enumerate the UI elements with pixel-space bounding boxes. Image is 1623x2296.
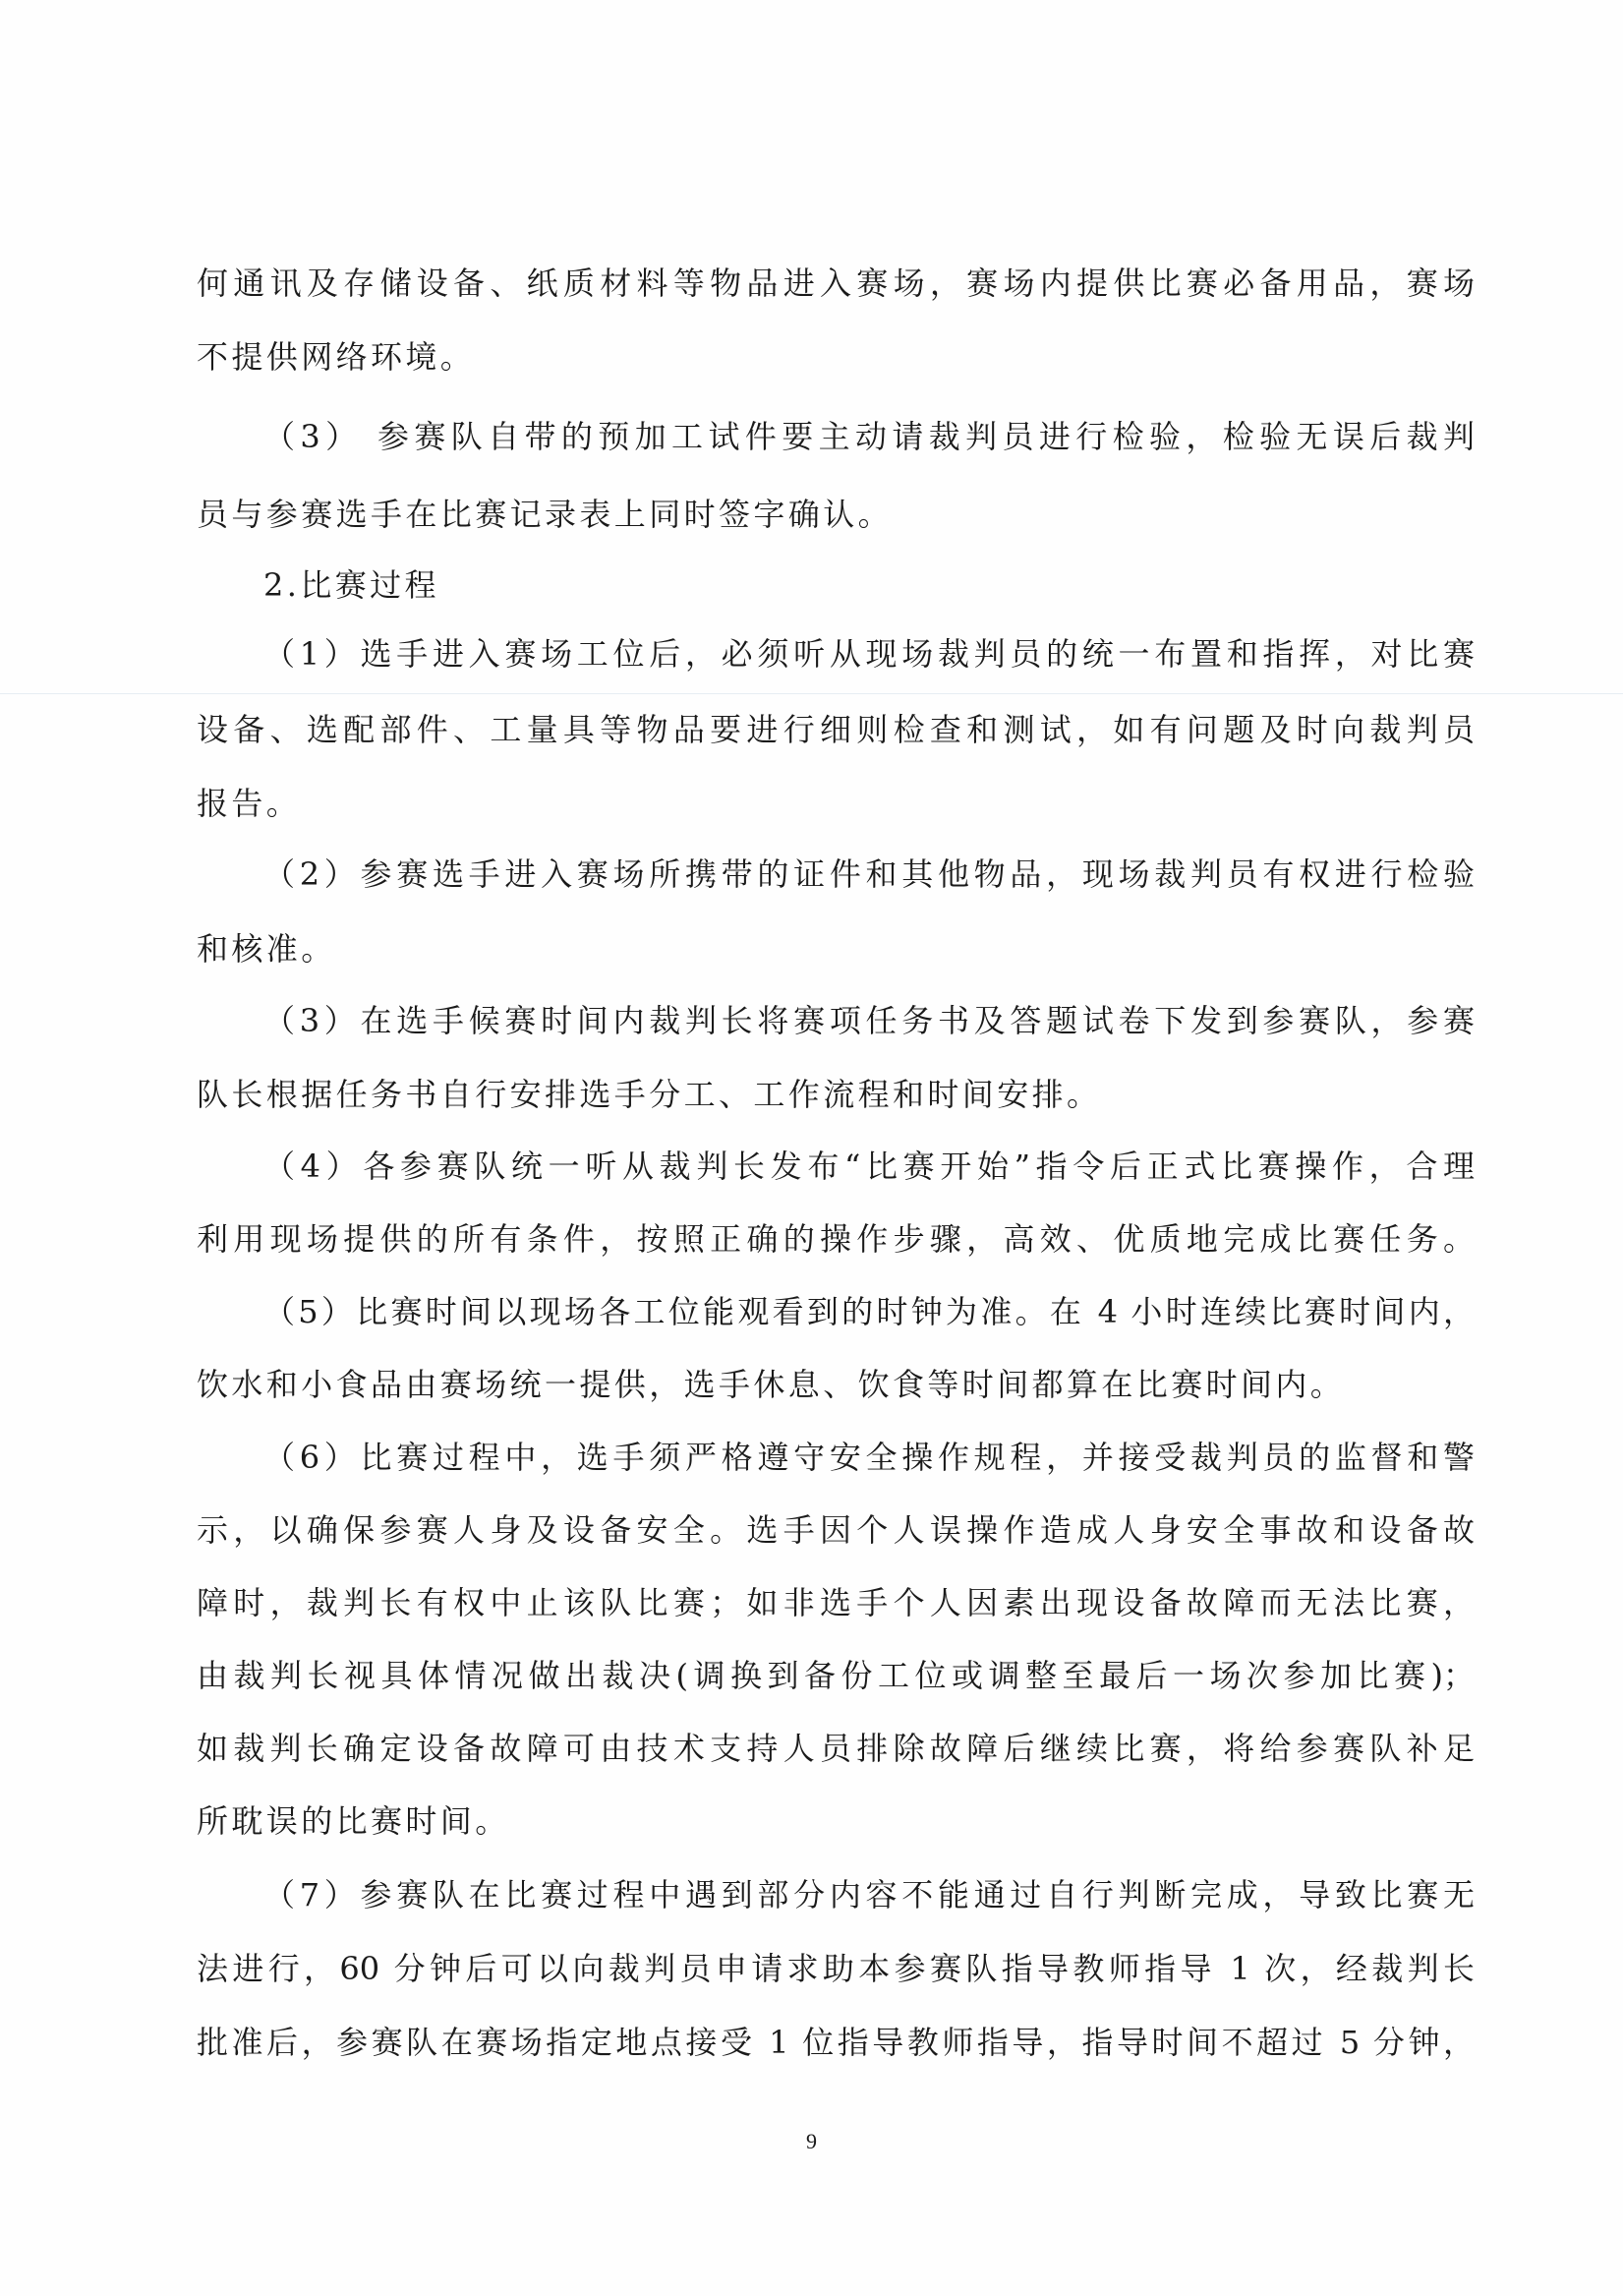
text-line: 员与参赛选手在比赛记录表上同时签字确认。 — [197, 495, 1475, 534]
scan-artifact-line — [0, 693, 1623, 694]
text-line: （6）比赛过程中，选手须严格遵守安全操作规程，并接受裁判员的监督和警 — [263, 1438, 1475, 1477]
text-line: 不提供网络环境。 — [197, 337, 1475, 377]
text-line: （3） 参赛队自带的预加工试件要主动请裁判员进行检验，检验无误后裁判 — [263, 417, 1475, 456]
text-line: 如裁判长确定设备故障可由技术支持人员排除故障后继续比赛，将给参赛队补足 — [197, 1729, 1475, 1768]
text-line: 法进行，60 分钟后可以向裁判员申请求助本参赛队指导教师指导 1 次，经裁判长 — [197, 1949, 1475, 1988]
text-line: （3）在选手候赛时间内裁判长将赛项任务书及答题试卷下发到参赛队，参赛 — [263, 1001, 1475, 1040]
text-line: 示，以确保参赛人身及设备安全。选手因个人误操作造成人身安全事故和设备故 — [197, 1510, 1475, 1550]
text-line: 何通讯及存储设备、纸质材料等物品进入赛场，赛场内提供比赛必备用品，赛场 — [197, 264, 1475, 303]
text-line: 利用现场提供的所有条件，按照正确的操作步骤，高效、优质地完成比赛任务。 — [197, 1219, 1475, 1259]
text-line: 报告。 — [197, 784, 1475, 823]
text-line: 障时，裁判长有权中止该队比赛；如非选手个人因素出现设备故障而无法比赛， — [197, 1583, 1475, 1622]
text-line: 和核准。 — [197, 929, 1475, 969]
text-line: 设备、选配部件、工量具等物品要进行细则检查和测试，如有问题及时向裁判员 — [197, 710, 1475, 749]
document-page: 何通讯及存储设备、纸质材料等物品进入赛场，赛场内提供比赛必备用品，赛场 不提供网… — [0, 0, 1623, 2296]
text-line: （2）参赛选手进入赛场所携带的证件和其他物品，现场裁判员有权进行检验 — [263, 854, 1475, 894]
text-line: 饮水和小食品由赛场统一提供，选手休息、饮食等时间都算在比赛时间内。 — [197, 1365, 1475, 1404]
text-line: （5）比赛时间以现场各工位能观看到的时钟为准。在 4 小时连续比赛时间内， — [263, 1292, 1475, 1331]
text-line: （7）参赛队在比赛过程中遇到部分内容不能通过自行判断完成，导致比赛无 — [263, 1875, 1475, 1914]
text-line: （1）选手进入赛场工位后，必须听从现场裁判员的统一布置和指挥，对比赛 — [263, 634, 1475, 674]
text-line: 由裁判长视具体情况做出裁决(调换到备份工位或调整至最后一场次参加比赛)； — [197, 1656, 1475, 1695]
text-line: 批准后，参赛队在赛场指定地点接受 1 位指导教师指导，指导时间不超过 5 分钟， — [197, 2023, 1475, 2062]
text-line: （4）各参赛队统一听从裁判长发布“比赛开始”指令后正式比赛操作，合理 — [263, 1147, 1475, 1186]
page-number: 9 — [0, 2129, 1623, 2154]
text-line: 所耽误的比赛时间。 — [197, 1801, 1475, 1841]
text-line: 队长根据任务书自行安排选手分工、工作流程和时间安排。 — [197, 1075, 1475, 1114]
section-heading: 2.比赛过程 — [263, 565, 1475, 605]
